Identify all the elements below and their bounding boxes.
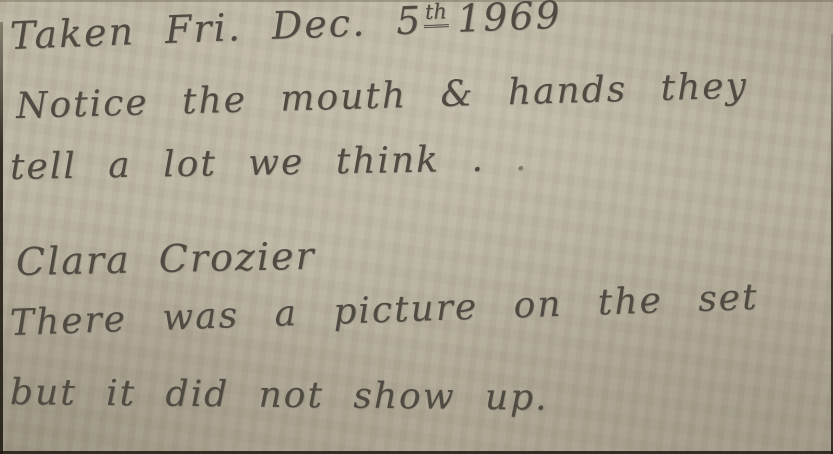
date-text-year: 1969 — [456, 0, 562, 41]
postscript-text-2: but it did not show up. — [10, 372, 549, 419]
stray-pencil-dot: . — [514, 138, 528, 179]
observation-text-1: Notice the mouth & hands they — [15, 66, 748, 127]
handwritten-subject-name: Clara Crozier — [16, 234, 317, 284]
handwritten-postscript-line-1: There was a picture on the set — [9, 277, 759, 344]
subject-name-text: Clara Crozier — [16, 234, 317, 284]
date-ordinal-suffix: th — [422, 0, 449, 28]
handwritten-observation-line-1: Notice the mouth & hands they — [15, 66, 748, 127]
date-text-pre: Taken Fri. Dec. 5 — [9, 0, 423, 58]
observation-text-2: tell a lot we think . — [10, 139, 486, 188]
handwritten-observation-line-2: tell a lot we think .. — [10, 138, 529, 188]
photo-edge-left — [0, 22, 3, 454]
handwritten-note-photo: Taken Fri. Dec. 5th1969 Notice the mouth… — [0, 0, 833, 454]
handwritten-date-line: Taken Fri. Dec. 5th1969 — [9, 0, 562, 58]
postscript-text-1: There was a picture on the set — [9, 277, 759, 344]
handwritten-postscript-line-2: but it did not show up. — [10, 372, 549, 419]
